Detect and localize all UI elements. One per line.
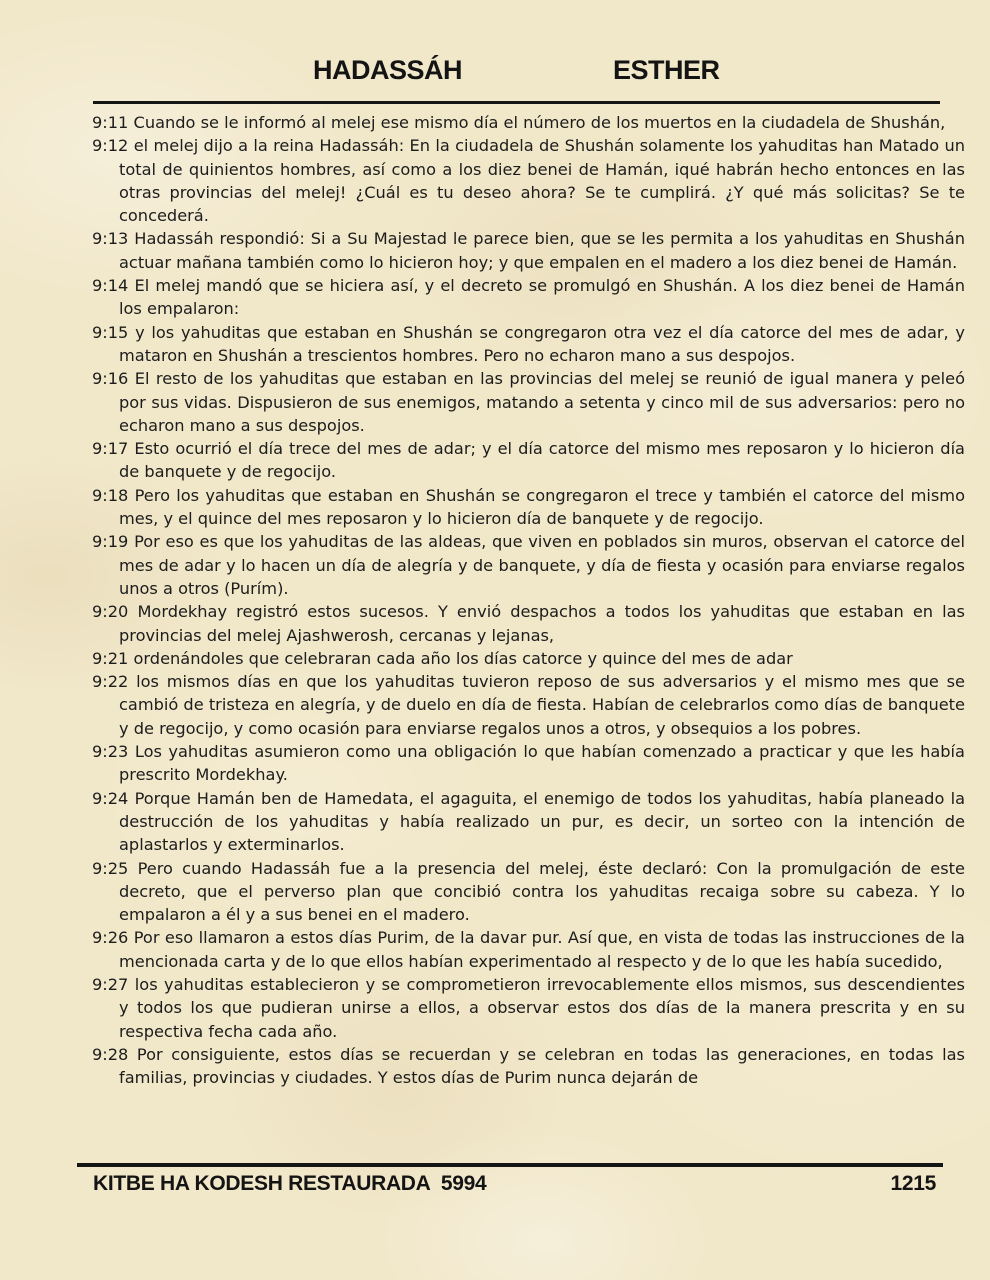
verse-text: Cuando se le informó al melej ese mismo …: [134, 113, 946, 132]
verse-text: El melej mandó que se hiciera así, y el …: [119, 276, 965, 318]
verse: 9:25 Pero cuando Hadassáh fue a la prese…: [92, 857, 965, 927]
verse-text: Mordekhay registró estos sucesos. Y envi…: [119, 602, 965, 644]
verse-number: 9:25: [92, 859, 128, 878]
verse: 9:13 Hadassáh respondió: Si a Su Majesta…: [92, 227, 965, 274]
verse-text: los yahuditas establecieron y se comprom…: [119, 975, 965, 1041]
verse: 9:16 El resto de los yahuditas que estab…: [92, 367, 965, 437]
verse: 9:19 Por eso es que los yahuditas de las…: [92, 530, 965, 600]
verse-text: los mismos días en que los yahuditas tuv…: [119, 672, 965, 738]
page-footer: KITBE HA KODESH RESTAURADA 5994 1215: [93, 1172, 936, 1196]
page-title-hebrew: HADASSÁH: [313, 56, 462, 84]
verse-number: 9:23: [92, 742, 128, 761]
verse: 9:14 El melej mandó que se hiciera así, …: [92, 274, 965, 321]
verse-number: 9:24: [92, 789, 128, 808]
verse-number: 9:16: [92, 369, 128, 388]
verse-text: Hadassáh respondió: Si a Su Majestad le …: [119, 229, 965, 271]
verse: 9:27 los yahuditas establecieron y se co…: [92, 973, 965, 1043]
verse: 9:11 Cuando se le informó al melej ese m…: [92, 111, 965, 134]
verse-number: 9:14: [92, 276, 128, 295]
verse-number: 9:20: [92, 602, 128, 621]
verse-text: Pero cuando Hadassáh fue a la presencia …: [119, 859, 965, 925]
scripture-page: HADASSÁH ESTHER 9:11 Cuando se le inform…: [0, 0, 990, 1280]
verse: 9:12 el melej dijo a la reina Hadassáh: …: [92, 134, 965, 227]
header-rule: [93, 101, 940, 104]
verse-text: ordenándoles que celebraran cada año los…: [134, 649, 793, 668]
verse-number: 9:13: [92, 229, 128, 248]
verse-text: El resto de los yahuditas que estaban en…: [119, 369, 965, 435]
verse: 9:21 ordenándoles que celebraran cada añ…: [92, 647, 965, 670]
verse-number: 9:17: [92, 439, 128, 458]
footer-edition-label: KITBE HA KODESH RESTAURADA 5994: [93, 1172, 486, 1196]
verse-text: Porque Hamán ben de Hamedata, el agaguit…: [119, 789, 965, 855]
verse: 9:15 y los yahuditas que estaban en Shus…: [92, 321, 965, 368]
verse: 9:28 Por consiguiente, estos días se rec…: [92, 1043, 965, 1090]
verse: 9:26 Por eso llamaron a estos días Purim…: [92, 926, 965, 973]
verse-text: Por eso es que los yahuditas de las alde…: [119, 532, 965, 598]
footer-rule: [77, 1163, 943, 1167]
verse-number: 9:12: [92, 136, 128, 155]
verse-number: 9:26: [92, 928, 128, 947]
verse-text: Pero los yahuditas que estaban en Shushá…: [119, 486, 965, 528]
verse: 9:23 Los yahuditas asumieron como una ob…: [92, 740, 965, 787]
verse-text: Por consiguiente, estos días se recuerda…: [119, 1045, 965, 1087]
verse-text: el melej dijo a la reina Hadassáh: En la…: [119, 136, 965, 225]
verse-number: 9:18: [92, 486, 128, 505]
verse-number: 9:11: [92, 113, 128, 132]
verse: 9:17 Esto ocurrió el día trece del mes d…: [92, 437, 965, 484]
verse-text: Los yahuditas asumieron como una obligac…: [119, 742, 965, 784]
verse: 9:18 Pero los yahuditas que estaban en S…: [92, 484, 965, 531]
verse-text: Por eso llamaron a estos días Purim, de …: [119, 928, 965, 970]
verse-number: 9:19: [92, 532, 128, 551]
verse-number: 9:28: [92, 1045, 128, 1064]
verse-number: 9:21: [92, 649, 128, 668]
verse-text: Esto ocurrió el día trece del mes de ada…: [119, 439, 965, 481]
verse-number: 9:27: [92, 975, 128, 994]
page-title-english: ESTHER: [613, 56, 720, 84]
verse: 9:22 los mismos días en que los yahudita…: [92, 670, 965, 740]
verse-number: 9:22: [92, 672, 128, 691]
verse-list: 9:11 Cuando se le informó al melej ese m…: [92, 111, 965, 1089]
verse-number: 9:15: [92, 323, 128, 342]
verse: 9:20 Mordekhay registró estos sucesos. Y…: [92, 600, 965, 647]
footer-page-number: 1215: [890, 1172, 936, 1196]
verse: 9:24 Porque Hamán ben de Hamedata, el ag…: [92, 787, 965, 857]
verse-text: y los yahuditas que estaban en Shushán s…: [119, 323, 965, 365]
